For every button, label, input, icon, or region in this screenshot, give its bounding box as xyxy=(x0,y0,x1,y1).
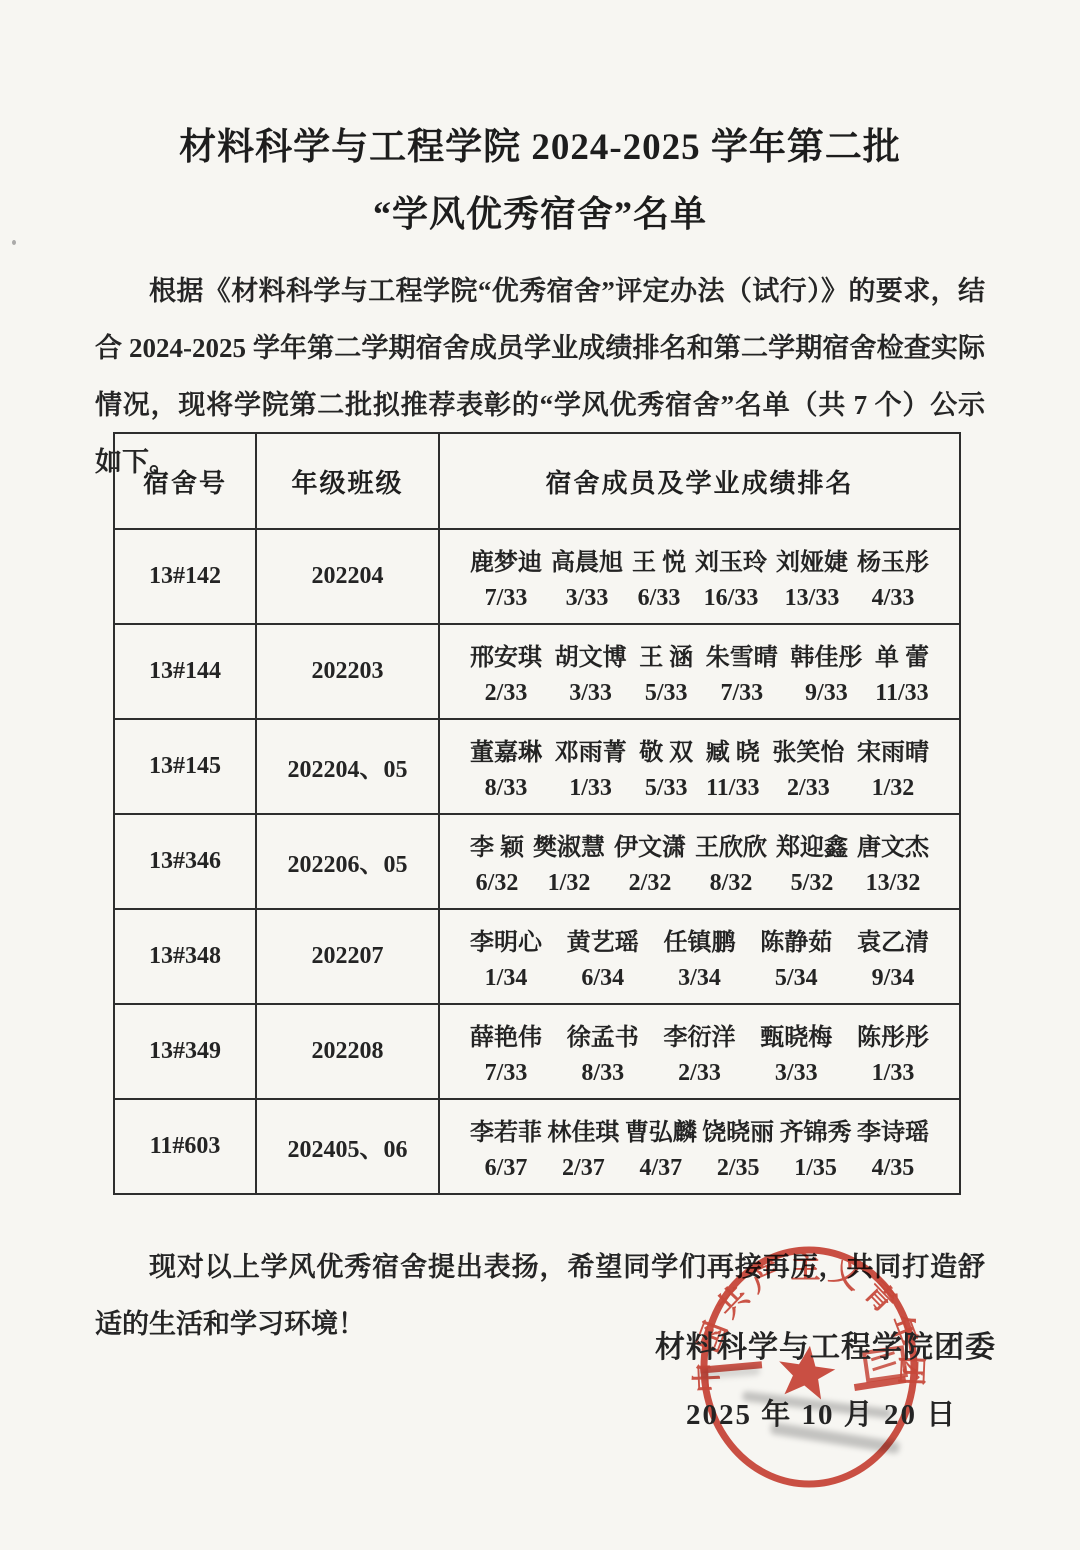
member-entry: 任镇鹏 3/34 xyxy=(664,922,736,992)
member-name: 王欣欣 xyxy=(695,827,767,862)
member-name: 陈彤彤 xyxy=(857,1017,929,1052)
member-rank: 1/33 xyxy=(872,1060,915,1087)
table-row: 13#142 202204 鹿梦迪 7/33 高晨旭 3/33 王 悦 6/33… xyxy=(114,529,960,624)
member-rank: 13/33 xyxy=(785,585,840,612)
member-entry: 唐文杰 13/32 xyxy=(857,827,929,897)
member-entry: 王 悦 6/33 xyxy=(632,542,686,612)
member-rank: 3/33 xyxy=(569,680,612,707)
members-cell: 李 颖 6/32 樊淑慧 1/32 伊文潇 2/32 王欣欣 8/32 郑迎鑫 … xyxy=(439,814,960,909)
member-name: 杨玉彤 xyxy=(857,542,929,577)
member-entry: 曹弘麟 4/37 xyxy=(625,1112,697,1182)
member-entry: 刘娅婕 13/33 xyxy=(776,542,848,612)
member-rank: 2/35 xyxy=(717,1155,760,1182)
member-name: 林佳琪 xyxy=(547,1112,619,1147)
member-rank: 8/32 xyxy=(710,870,753,897)
grade-class-cell: 202206、05 xyxy=(256,814,439,909)
member-rank: 6/37 xyxy=(485,1155,528,1182)
member-name: 樊淑慧 xyxy=(533,827,605,862)
member-rank: 16/33 xyxy=(704,585,759,612)
member-entry: 樊淑慧 1/32 xyxy=(533,827,605,897)
member-rank: 9/33 xyxy=(805,680,848,707)
members-cell: 薛艳伟 7/33 徐孟书 8/33 李衍洋 2/33 甄晓梅 3/33 陈彤彤 … xyxy=(439,1004,960,1099)
table-row: 11#603 202405、06 李若菲 6/37 林佳琪 2/37 曹弘麟 4… xyxy=(114,1099,960,1194)
member-name: 黄艺瑶 xyxy=(567,922,639,957)
member-rank: 1/32 xyxy=(548,870,591,897)
member-entry: 杨玉彤 4/33 xyxy=(857,542,929,612)
member-entry: 邓雨菁 1/33 xyxy=(555,732,627,802)
member-entry: 韩佳彤 9/33 xyxy=(790,637,862,707)
member-rank: 11/33 xyxy=(706,775,759,802)
table-row: 13#349 202208 薛艳伟 7/33 徐孟书 8/33 李衍洋 2/33… xyxy=(114,1004,960,1099)
member-name: 刘娅婕 xyxy=(776,542,848,577)
dorm-number-cell: 13#348 xyxy=(114,909,256,1004)
member-name: 张笑怡 xyxy=(772,732,844,767)
member-rank: 6/34 xyxy=(581,965,624,992)
member-name: 高晨旭 xyxy=(551,542,623,577)
member-rank: 2/32 xyxy=(629,870,672,897)
member-entry: 邢安琪 2/33 xyxy=(470,637,542,707)
table-row: 13#144 202203 邢安琪 2/33 胡文博 3/33 王 涵 5/33… xyxy=(114,624,960,719)
member-rank: 3/33 xyxy=(566,585,609,612)
dorm-number-cell: 13#144 xyxy=(114,624,256,719)
member-name: 甄晓梅 xyxy=(760,1017,832,1052)
member-entry: 董嘉琳 8/33 xyxy=(470,732,542,802)
member-name: 李 颖 xyxy=(470,827,524,862)
grade-class-cell: 202204、05 xyxy=(256,719,439,814)
member-entry: 张笑怡 2/33 xyxy=(772,732,844,802)
member-name: 王 涵 xyxy=(639,637,693,672)
member-entry: 徐孟书 8/33 xyxy=(567,1017,639,1087)
member-entry: 朱雪晴 7/33 xyxy=(706,637,778,707)
member-name: 宋雨晴 xyxy=(857,732,929,767)
grade-class-cell: 202204 xyxy=(256,529,439,624)
member-entry: 敬 双 5/33 xyxy=(639,732,693,802)
member-entry: 宋雨晴 1/32 xyxy=(857,732,929,802)
member-entry: 齐锦秀 1/35 xyxy=(780,1112,852,1182)
dorm-number-cell: 13#142 xyxy=(114,529,256,624)
member-entry: 袁乙清 9/34 xyxy=(857,922,929,992)
member-name: 邢安琪 xyxy=(470,637,542,672)
member-entry: 李明心 1/34 xyxy=(470,922,542,992)
page-title-line2: “学风优秀宿舍”名单 xyxy=(0,186,1080,237)
member-name: 李若菲 xyxy=(470,1112,542,1147)
member-rank: 7/33 xyxy=(485,585,528,612)
member-entry: 王欣欣 8/32 xyxy=(695,827,767,897)
youth-league-stamp: 中国共产主义青年团 xyxy=(688,1242,932,1494)
member-name: 单 蕾 xyxy=(875,637,929,672)
member-name: 伊文潇 xyxy=(614,827,686,862)
member-entry: 饶晓丽 2/35 xyxy=(702,1112,774,1182)
column-header-dorm: 宿舍号 xyxy=(114,433,256,529)
member-rank: 1/34 xyxy=(485,965,528,992)
member-entry: 伊文潇 2/32 xyxy=(614,827,686,897)
member-rank: 2/33 xyxy=(787,775,830,802)
member-name: 朱雪晴 xyxy=(706,637,778,672)
member-name: 邓雨菁 xyxy=(555,732,627,767)
member-entry: 陈静茹 5/34 xyxy=(760,922,832,992)
member-entry: 李 颖 6/32 xyxy=(470,827,524,897)
member-rank: 2/33 xyxy=(678,1060,721,1087)
table-row: 13#346 202206、05 李 颖 6/32 樊淑慧 1/32 伊文潇 2… xyxy=(114,814,960,909)
member-rank: 5/34 xyxy=(775,965,818,992)
member-entry: 林佳琪 2/37 xyxy=(547,1112,619,1182)
member-entry: 李若菲 6/37 xyxy=(470,1112,542,1182)
member-name: 敬 双 xyxy=(639,732,693,767)
table-row: 13#348 202207 李明心 1/34 黄艺瑶 6/34 任镇鹏 3/34… xyxy=(114,909,960,1004)
grade-class-cell: 202207 xyxy=(256,909,439,1004)
member-name: 曹弘麟 xyxy=(625,1112,697,1147)
signature-line: 材料科学与工程学院团委 xyxy=(655,1322,996,1366)
member-entry: 胡文博 3/33 xyxy=(555,637,627,707)
scan-speck xyxy=(12,240,16,245)
table-header-row: 宿舍号 年级班级 宿舍成员及学业成绩排名 xyxy=(114,433,960,529)
member-rank: 7/33 xyxy=(485,1060,528,1087)
dorm-number-cell: 13#346 xyxy=(114,814,256,909)
member-entry: 甄晓梅 3/33 xyxy=(760,1017,832,1087)
member-entry: 李诗瑶 4/35 xyxy=(857,1112,929,1182)
member-entry: 单 蕾 11/33 xyxy=(875,637,929,707)
member-name: 臧 晓 xyxy=(706,732,760,767)
member-name: 薛艳伟 xyxy=(470,1017,542,1052)
member-name: 刘玉玲 xyxy=(695,542,767,577)
member-entry: 陈彤彤 1/33 xyxy=(857,1017,929,1087)
member-entry: 李衍洋 2/33 xyxy=(664,1017,736,1087)
member-rank: 5/33 xyxy=(645,680,688,707)
member-name: 韩佳彤 xyxy=(790,637,862,672)
member-name: 唐文杰 xyxy=(857,827,929,862)
members-cell: 邢安琪 2/33 胡文博 3/33 王 涵 5/33 朱雪晴 7/33 韩佳彤 … xyxy=(439,624,960,719)
member-rank: 7/33 xyxy=(720,680,763,707)
member-rank: 8/33 xyxy=(485,775,528,802)
grade-class-cell: 202203 xyxy=(256,624,439,719)
member-name: 齐锦秀 xyxy=(780,1112,852,1147)
member-rank: 4/35 xyxy=(872,1155,915,1182)
member-rank: 1/32 xyxy=(872,775,915,802)
member-entry: 臧 晓 11/33 xyxy=(706,732,760,802)
table-row: 13#145 202204、05 董嘉琳 8/33 邓雨菁 1/33 敬 双 5… xyxy=(114,719,960,814)
members-cell: 李明心 1/34 黄艺瑶 6/34 任镇鹏 3/34 陈静茹 5/34 袁乙清 … xyxy=(439,909,960,1004)
dorm-number-cell: 11#603 xyxy=(114,1099,256,1194)
member-entry: 黄艺瑶 6/34 xyxy=(567,922,639,992)
column-header-members: 宿舍成员及学业成绩排名 xyxy=(439,433,960,529)
member-rank: 4/37 xyxy=(639,1155,682,1182)
member-name: 鹿梦迪 xyxy=(470,542,542,577)
member-name: 胡文博 xyxy=(555,637,627,672)
members-cell: 鹿梦迪 7/33 高晨旭 3/33 王 悦 6/33 刘玉玲 16/33 刘娅婕… xyxy=(439,529,960,624)
member-entry: 王 涵 5/33 xyxy=(639,637,693,707)
members-cell: 李若菲 6/37 林佳琪 2/37 曹弘麟 4/37 饶晓丽 2/35 齐锦秀 … xyxy=(439,1099,960,1194)
member-entry: 鹿梦迪 7/33 xyxy=(470,542,542,612)
member-name: 饶晓丽 xyxy=(702,1112,774,1147)
member-rank: 6/32 xyxy=(476,870,519,897)
grade-class-cell: 202405、06 xyxy=(256,1099,439,1194)
member-rank: 1/35 xyxy=(794,1155,837,1182)
member-rank: 1/33 xyxy=(569,775,612,802)
member-entry: 薛艳伟 7/33 xyxy=(470,1017,542,1087)
member-name: 陈静茹 xyxy=(760,922,832,957)
member-rank: 4/33 xyxy=(872,585,915,612)
page-title-line1: 材料科学与工程学院 2024-2025 学年第二批 xyxy=(0,116,1080,170)
member-rank: 6/33 xyxy=(638,585,681,612)
member-rank: 9/34 xyxy=(872,965,915,992)
member-rank: 8/33 xyxy=(581,1060,624,1087)
member-rank: 3/33 xyxy=(775,1060,818,1087)
member-rank: 2/37 xyxy=(562,1155,605,1182)
member-name: 徐孟书 xyxy=(567,1017,639,1052)
page-title: 材料科学与工程学院 2024-2025 学年第二批 “学风优秀宿舍”名单 xyxy=(0,116,1080,237)
member-rank: 11/33 xyxy=(875,680,928,707)
member-name: 李明心 xyxy=(470,922,542,957)
dorm-roster-table: 宿舍号 年级班级 宿舍成员及学业成绩排名 13#142 202204 鹿梦迪 7… xyxy=(113,432,961,1195)
member-name: 董嘉琳 xyxy=(470,732,542,767)
member-rank: 3/34 xyxy=(678,965,721,992)
member-rank: 5/33 xyxy=(645,775,688,802)
member-rank: 5/32 xyxy=(791,870,834,897)
dorm-number-cell: 13#145 xyxy=(114,719,256,814)
member-entry: 郑迎鑫 5/32 xyxy=(776,827,848,897)
member-entry: 刘玉玲 16/33 xyxy=(695,542,767,612)
member-name: 李诗瑶 xyxy=(857,1112,929,1147)
member-entry: 高晨旭 3/33 xyxy=(551,542,623,612)
grade-class-cell: 202208 xyxy=(256,1004,439,1099)
member-name: 袁乙清 xyxy=(857,922,929,957)
member-rank: 13/32 xyxy=(866,870,921,897)
member-name: 任镇鹏 xyxy=(664,922,736,957)
date-line: 2025 年 10 月 20 日 xyxy=(686,1392,957,1433)
member-rank: 2/33 xyxy=(485,680,528,707)
member-name: 李衍洋 xyxy=(664,1017,736,1052)
member-name: 王 悦 xyxy=(632,542,686,577)
members-cell: 董嘉琳 8/33 邓雨菁 1/33 敬 双 5/33 臧 晓 11/33 张笑怡… xyxy=(439,719,960,814)
dorm-number-cell: 13#349 xyxy=(114,1004,256,1099)
member-name: 郑迎鑫 xyxy=(776,827,848,862)
column-header-grade-class: 年级班级 xyxy=(256,433,439,529)
